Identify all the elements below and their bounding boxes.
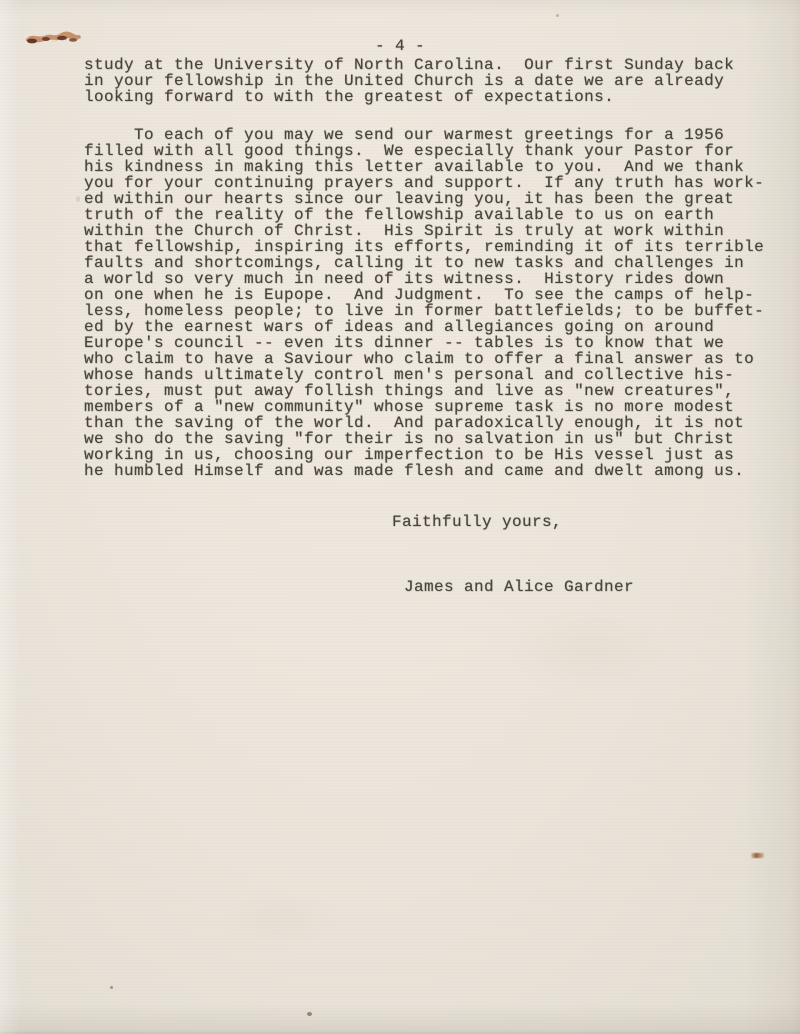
page-number: - 4 - <box>0 38 800 54</box>
letter-paragraph: study at the University of North Carolin… <box>84 57 734 105</box>
paper-speck <box>110 986 113 989</box>
letter-page: - 4 - study at the University of North C… <box>0 0 800 1034</box>
letter-signature: James and Alice Gardner <box>404 579 634 595</box>
letter-closing: Faithfully yours, <box>392 514 562 530</box>
paper-speck <box>556 14 559 17</box>
paper-speck <box>76 196 80 202</box>
letter-paragraph: To each of you may we send our warmest g… <box>84 127 764 479</box>
paper-damage-mark <box>24 29 82 49</box>
paper-stain-mark <box>751 853 764 858</box>
paper-speck <box>307 1012 312 1016</box>
